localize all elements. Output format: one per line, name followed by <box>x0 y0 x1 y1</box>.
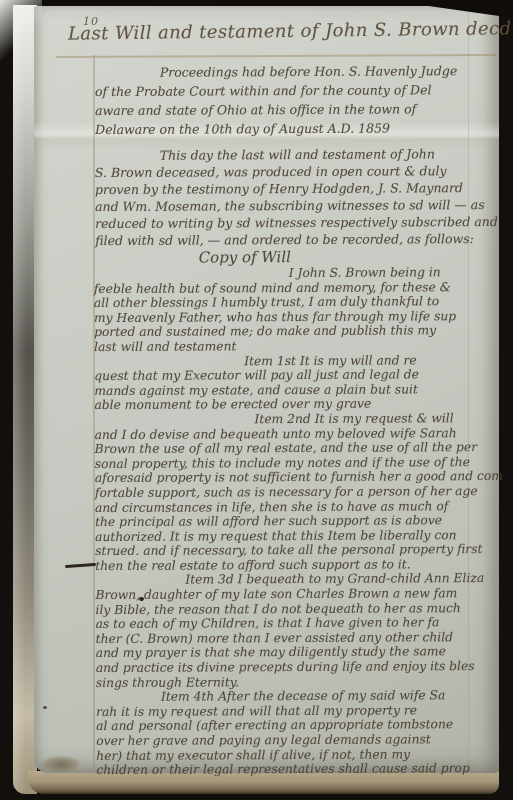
manuscript-line: aware and state of Ohio at his office in… <box>95 99 499 120</box>
bottom-stain <box>42 756 80 772</box>
will-text: Copy of Will I John S. Brown being infee… <box>94 247 501 778</box>
manuscript-line: my Heavenly Father, who has thus far thr… <box>94 309 498 326</box>
manuscript-line: proven by the testimony of Henry Hodgden… <box>95 179 499 198</box>
manuscript-line: Proceedings had before Hon. S. Havenly J… <box>95 61 499 82</box>
manuscript-line: of the Probate Court within and for the … <box>95 80 499 101</box>
manuscript-line: and practice its divine precepts during … <box>96 659 500 676</box>
manuscript-line: strued. and if necessary, to take all th… <box>95 542 499 559</box>
copy-of-will-heading: Copy of Will <box>94 247 498 267</box>
manuscript-line: Item 2nd It is my request & will <box>94 411 498 428</box>
manuscript-line: reduced to writing by sd witnesses respe… <box>95 213 499 232</box>
manuscript-line: filed with sd will, — and ordered to be … <box>95 230 499 249</box>
margin-dash-mark <box>65 563 96 568</box>
document-title: Last Will and testament of John S. Brown… <box>68 18 498 44</box>
manuscript-line: S. Brown deceased, was produced in open … <box>95 162 499 181</box>
manuscript-line: and Wm. Moseman, the subscribing witness… <box>95 196 499 215</box>
manuscript-line: Item 4th After the decease of my said wi… <box>96 688 500 705</box>
ledger-photograph: 10 Last Will and testament of John S. Br… <box>0 0 513 800</box>
margin-ink-dot <box>43 706 47 709</box>
manuscript-line: This day the last will and testament of … <box>95 145 499 164</box>
ink-blot <box>139 597 144 601</box>
manuscript-line: the principal as will afford her such su… <box>95 513 499 530</box>
will-lines: I John S. Brown being infeeble health bu… <box>94 265 501 778</box>
proceedings-paragraph: Proceedings had before Hon. S. Havenly J… <box>95 61 499 139</box>
manuscript-line: Delaware on the 10th day of August A.D. … <box>95 118 499 139</box>
manuscript-line: children or their legal representatives … <box>96 761 500 778</box>
court-record-paragraph: This day the last will and testament of … <box>95 145 500 249</box>
horizontal-rule-line <box>56 54 496 58</box>
manuscript-line: al and personal (after erecting an appro… <box>96 717 500 734</box>
manuscript-line: I John S. Brown being in <box>94 265 498 282</box>
manuscript-line: fortable support, such as is necessary f… <box>95 484 499 501</box>
ledger-page: 10 Last Will and testament of John S. Br… <box>34 6 499 773</box>
manuscript-line: Brown, daughter of my late son Charles B… <box>95 586 499 603</box>
